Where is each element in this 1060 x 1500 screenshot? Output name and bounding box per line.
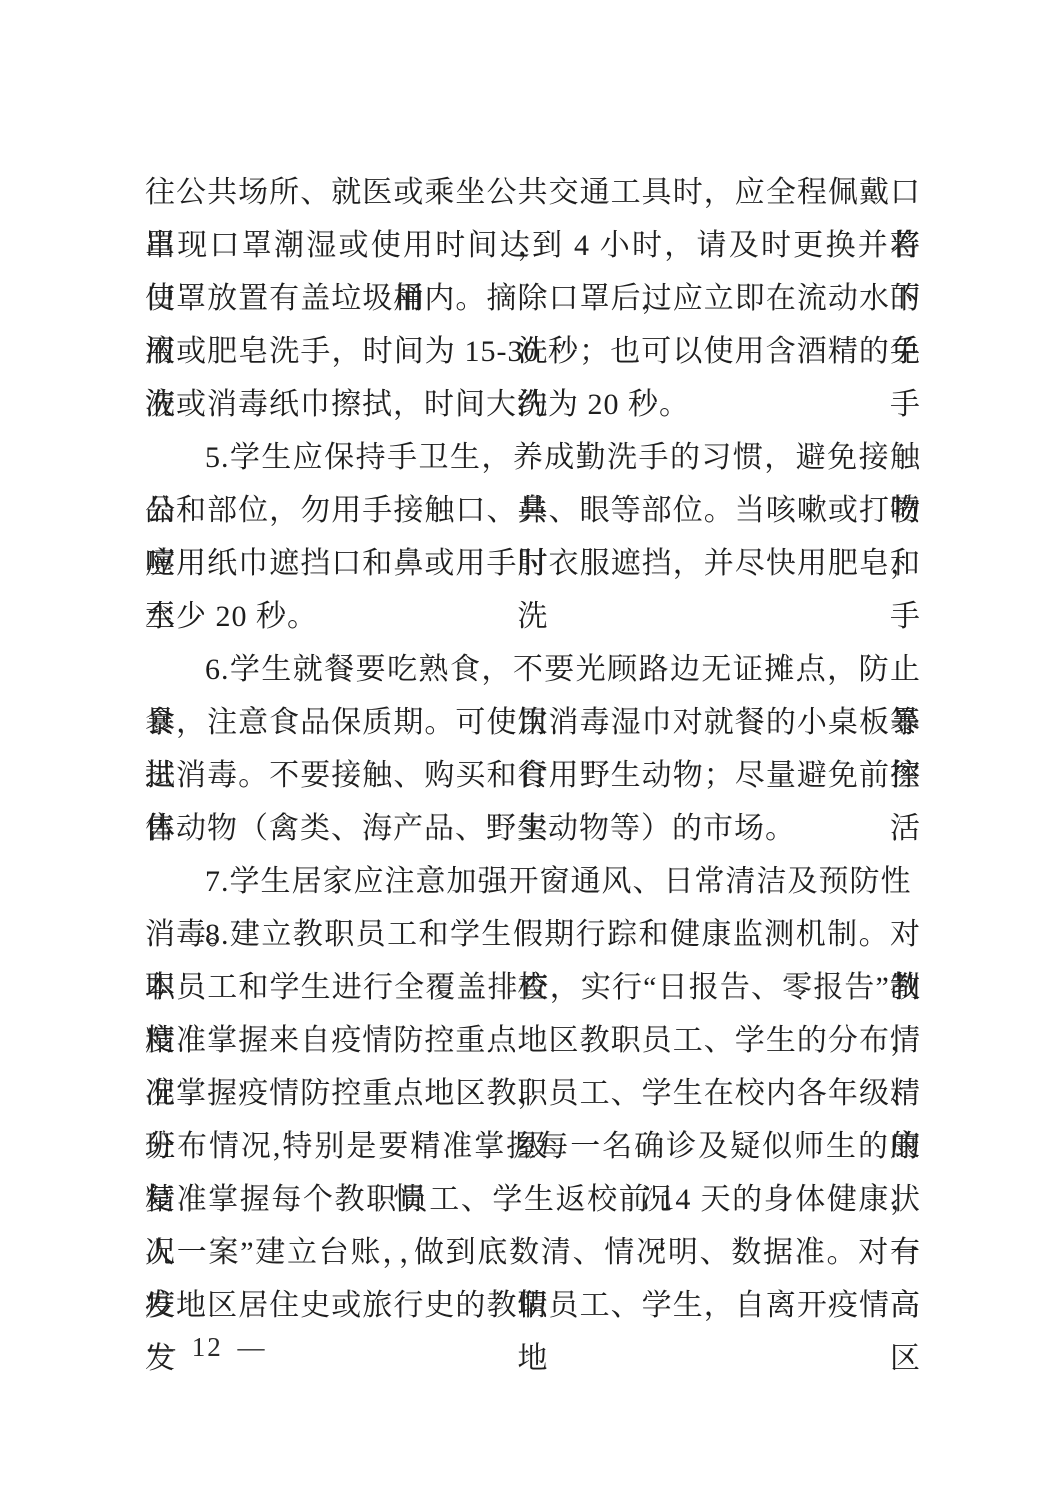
text-line: 6.学生就餐要吃熟食，不要光顾路边无证摊点，防止暴饮暴: [145, 643, 921, 696]
text-line: 人一案”建立台账，做到底数清、情况明、数据准。对有疫情高: [145, 1226, 921, 1279]
document-body: 往公共场所、就医或乘坐公共交通工具时，应全程佩戴口罩，若 出现口罩潮湿或使用时间…: [145, 166, 921, 1332]
text-line: 准掌握疫情防控重点地区教职员工、学生在校内各年级、班级的: [145, 1067, 921, 1120]
text-line: 8.建立教职员工和学生假期行踪和健康监测机制。对本校教: [145, 908, 921, 961]
page-number: — 12 —: [148, 1332, 267, 1363]
text-line: 拭消毒。不要接触、购买和食用野生动物；尽量避免前往售卖活: [145, 749, 921, 802]
paragraph-item-8: 8.建立教职员工和学生假期行踪和健康监测机制。对本校教 职员工和学生进行全覆盖排…: [145, 908, 921, 1332]
text-line: 口罩放置有盖垃圾桶内。摘除口罩后，应立即在流动水下用洗手: [145, 272, 921, 325]
text-line: 精准掌握来自疫情防控重点地区教职员工、学生的分布情况，精: [145, 1014, 921, 1067]
text-line: 7.学生居家应注意加强开窗通风、日常清洁及预防性消毒。: [145, 855, 921, 908]
text-line: 分布情况,特别是要精准掌握每一名确诊及疑似师生的康复情况，: [145, 1120, 921, 1173]
document-page: 往公共场所、就医或乘坐公共交通工具时，应全程佩戴口罩，若 出现口罩潮湿或使用时间…: [0, 0, 1060, 1500]
text-line: 5.学生应保持手卫生，养成勤洗手的习惯，避免接触公共物: [145, 431, 921, 484]
text-line: 职员工和学生进行全覆盖排查，实行“日报告、零报告”制度，: [145, 961, 921, 1014]
text-line: 品和部位，勿用手接触口、鼻、眼等部位。当咳嗽或打喷嚏时，: [145, 484, 921, 537]
text-line: 应用纸巾遮挡口和鼻或用手肘衣服遮挡，并尽快用肥皂和水洗手: [145, 537, 921, 590]
paragraph-item-7: 7.学生居家应注意加强开窗通风、日常清洁及预防性消毒。: [145, 855, 921, 908]
text-line: 发地区居住史或旅行史的教职员工、学生，自离开疫情高发地区: [145, 1279, 921, 1332]
text-line: 往公共场所、就医或乘坐公共交通工具时，应全程佩戴口罩，若: [145, 166, 921, 219]
text-line: 精准掌握每个教职员工、学生返校前 14 天的身体健康状况，“一: [145, 1173, 921, 1226]
paragraph-item-6: 6.学生就餐要吃熟食，不要光顾路边无证摊点，防止暴饮暴 食，注意食品保质期。可使…: [145, 643, 921, 855]
text-line: 液或肥皂洗手，时间为 15-30 秒；也可以使用含酒精的免洗洗手: [145, 325, 921, 378]
paragraph-continuation: 往公共场所、就医或乘坐公共交通工具时，应全程佩戴口罩，若 出现口罩潮湿或使用时间…: [145, 166, 921, 431]
paragraph-item-5: 5.学生应保持手卫生，养成勤洗手的习惯，避免接触公共物 品和部位，勿用手接触口、…: [145, 431, 921, 643]
text-line: 出现口罩潮湿或使用时间达到 4 小时，请及时更换并将使用过的: [145, 219, 921, 272]
text-line: 食，注意食品保质期。可使用消毒湿巾对就餐的小桌板等进行擦: [145, 696, 921, 749]
